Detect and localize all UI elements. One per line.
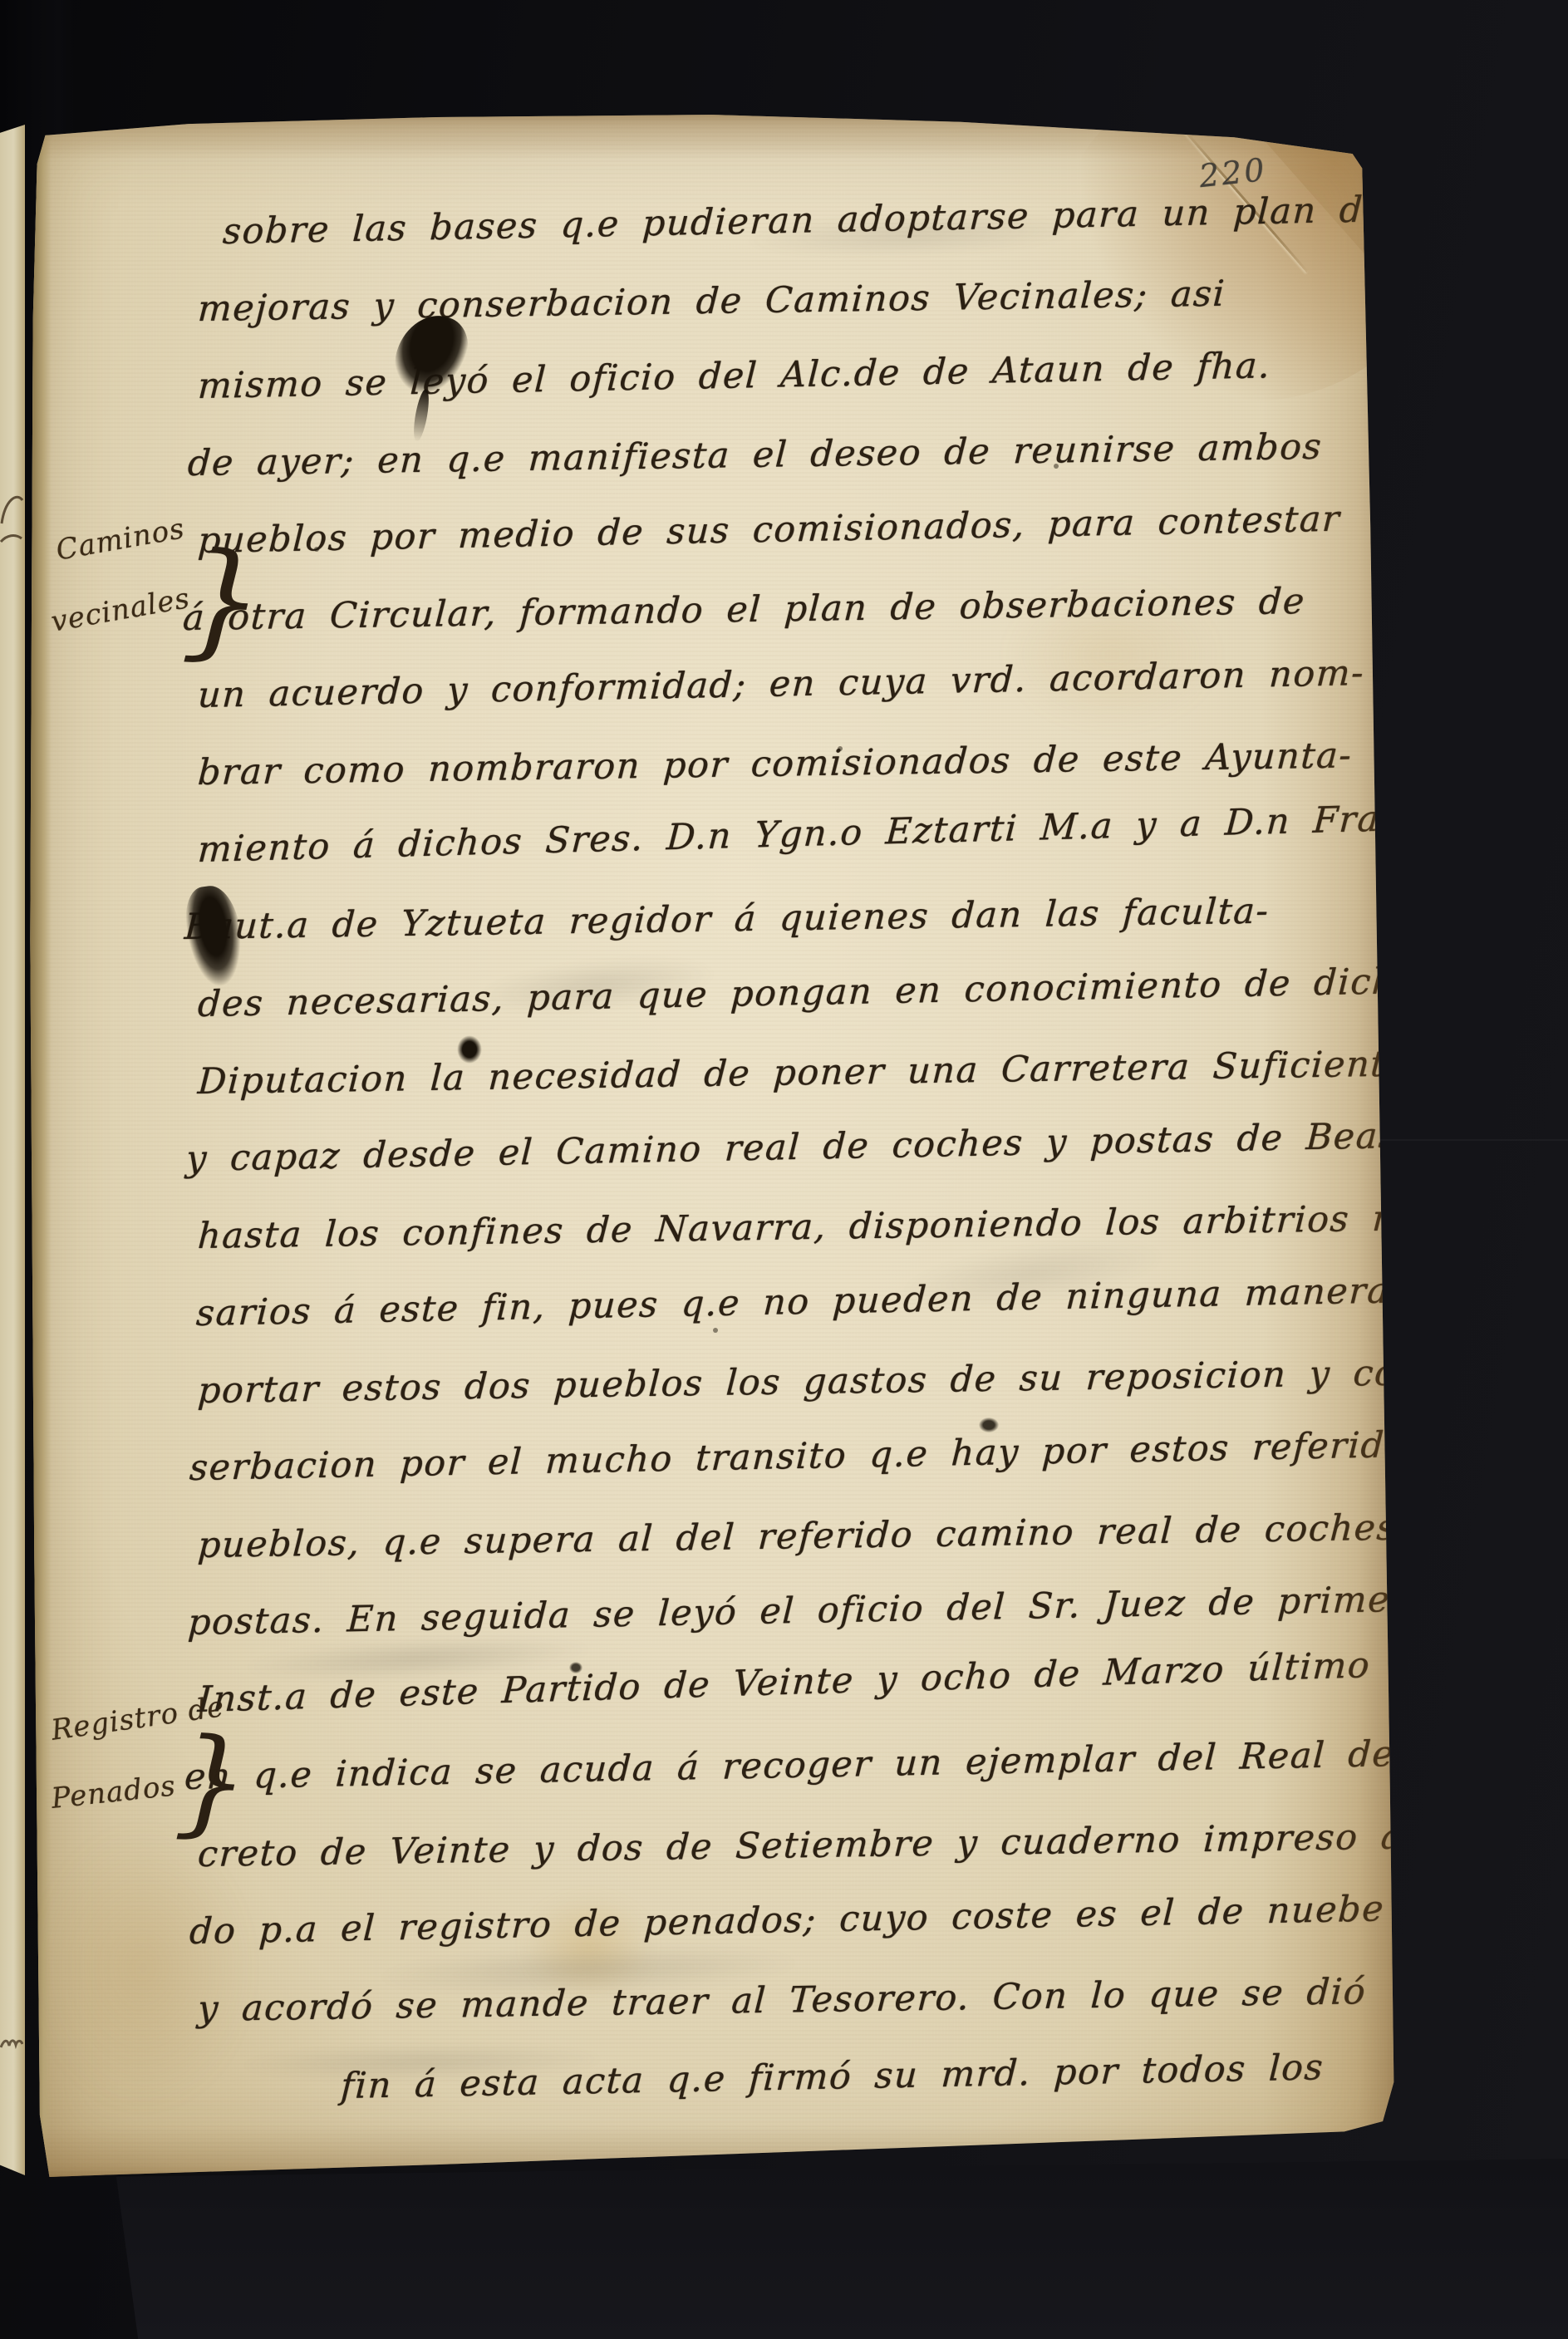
facing-page-edge [0,125,25,2175]
backdrop-lower-panel [116,2159,1568,2339]
ink-speck [1054,464,1059,469]
facing-page-ink-mark [0,2032,23,2054]
margin-note-line: Caminos [54,511,193,568]
margin-note-caminos-vecinales: Caminos vecinales [57,534,192,639]
margin-note-line: vecinales [49,582,193,639]
ink-speck [314,547,319,552]
manuscript-text-block: sobre las bases q.e pudieran adoptarse p… [198,194,1391,2125]
ink-speck [713,1328,718,1333]
backdrop-seam-line [1363,1139,1568,1141]
scanned-manuscript-photo: 220 Caminos vecinales } Registro de Pena… [0,0,1568,2339]
ink-speck [838,746,843,751]
facing-page-ink-mark [0,487,25,550]
manuscript-page: 220 Caminos vecinales } Registro de Pena… [23,115,1399,2177]
